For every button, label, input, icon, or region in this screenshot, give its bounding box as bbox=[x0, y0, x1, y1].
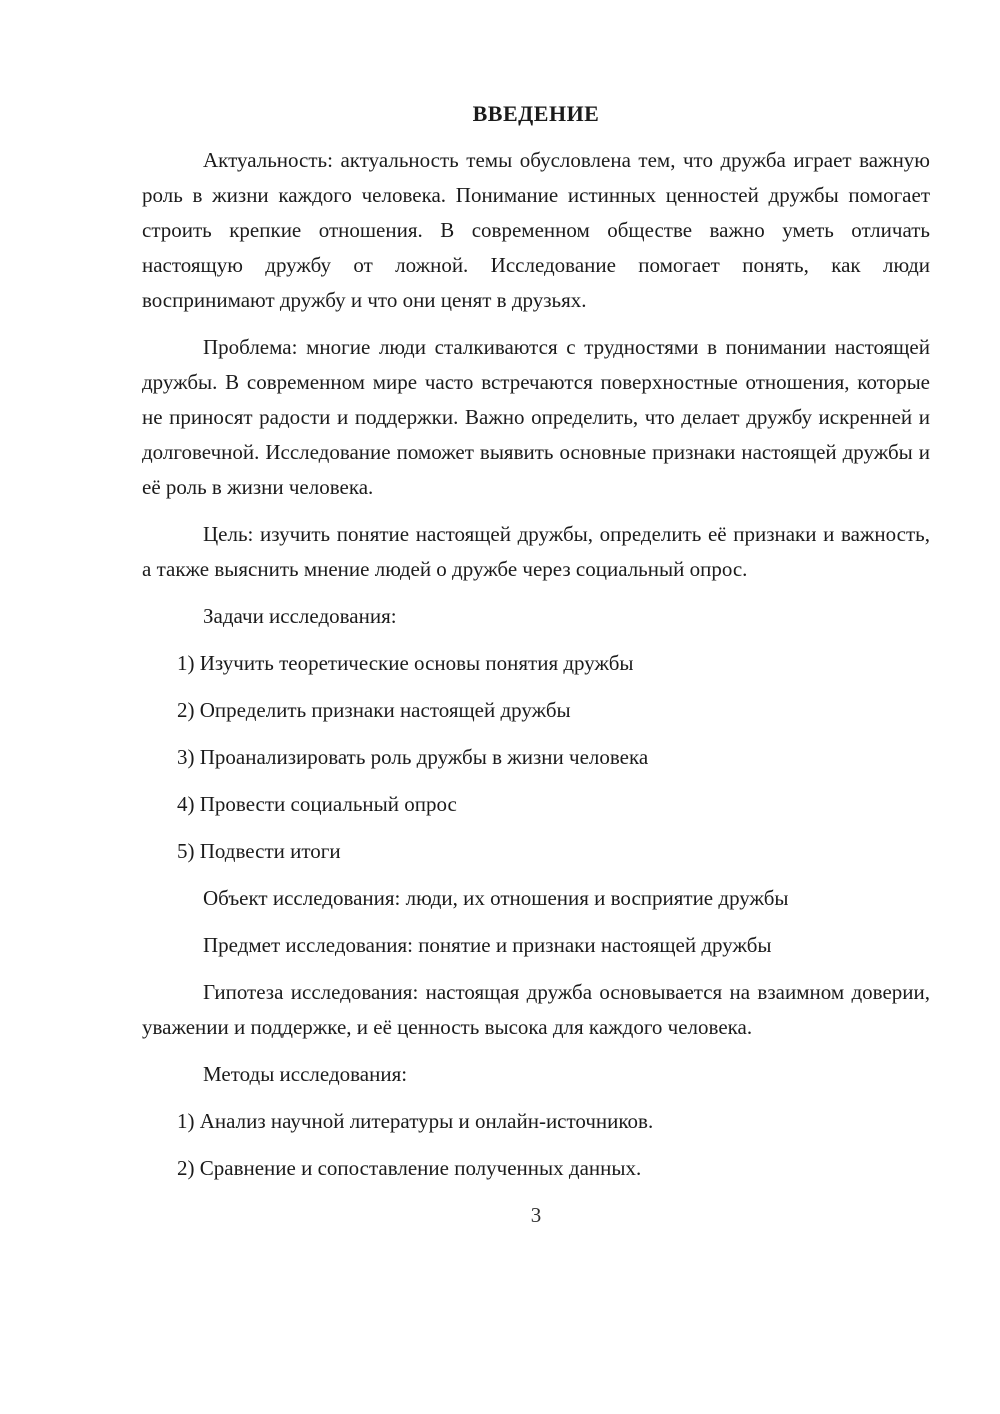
page-number: 3 bbox=[142, 1198, 930, 1233]
paragraph-metody-label: Методы исследования: bbox=[142, 1057, 930, 1092]
metody-list-item-1: 1) Анализ научной литературы и онлайн-ис… bbox=[142, 1104, 930, 1139]
zadachi-list-item-5: 5) Подвести итоги bbox=[142, 834, 930, 869]
metody-list: 1) Анализ научной литературы и онлайн-ис… bbox=[142, 1104, 930, 1186]
document-page: ВВЕДЕНИЕ Актуальность: актуальность темы… bbox=[0, 0, 1000, 1414]
paragraph-obekt: Объект исследования: люди, их отношения … bbox=[142, 881, 930, 916]
zadachi-list-item-4: 4) Провести социальный опрос bbox=[142, 787, 930, 822]
paragraph-zadachi-label: Задачи исследования: bbox=[142, 599, 930, 634]
paragraph-predmet: Предмет исследования: понятие и признаки… bbox=[142, 928, 930, 963]
paragraph-tsel: Цель: изучить понятие настоящей дружбы, … bbox=[142, 517, 930, 587]
zadachi-list-item-1: 1) Изучить теоретические основы понятия … bbox=[142, 646, 930, 681]
metody-list-item-2: 2) Сравнение и сопоставление полученных … bbox=[142, 1151, 930, 1186]
paragraph-gipoteza: Гипотеза исследования: настоящая дружба … bbox=[142, 975, 930, 1045]
paragraph-problema: Проблема: многие люди сталкиваются с тру… bbox=[142, 330, 930, 505]
zadachi-list: 1) Изучить теоретические основы понятия … bbox=[142, 646, 930, 869]
zadachi-list-item-2: 2) Определить признаки настоящей дружбы bbox=[142, 693, 930, 728]
zadachi-list-item-3: 3) Проанализировать роль дружбы в жизни … bbox=[142, 740, 930, 775]
page-title: ВВЕДЕНИЕ bbox=[142, 96, 930, 131]
paragraph-aktualnost: Актуальность: актуальность темы обусловл… bbox=[142, 143, 930, 318]
